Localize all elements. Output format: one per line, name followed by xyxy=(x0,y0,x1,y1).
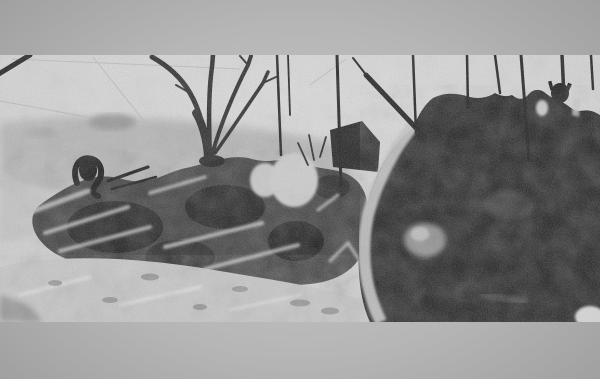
photo-viewer-backdrop xyxy=(0,0,600,379)
war-photograph xyxy=(0,55,600,322)
film-grain xyxy=(0,55,600,322)
photo-illustration xyxy=(0,55,600,322)
